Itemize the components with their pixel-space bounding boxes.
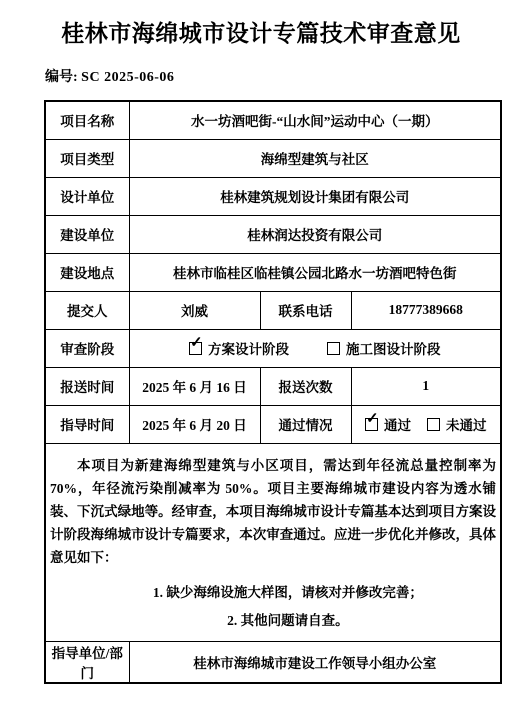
review-opinion-item: 1. 缺少海绵设施大样图，请核对并修改完善；: [80, 582, 496, 603]
field-label-submitter: 提交人: [45, 291, 129, 329]
doc-number-label: 编号:: [45, 70, 78, 85]
review-opinion-cell: 本项目为新建海绵型建筑与小区项目，需达到年径流总量控制率为 70%，年径流污染削…: [45, 443, 501, 641]
field-value-project-type: 海绵型建筑与社区: [129, 139, 501, 177]
construction-unit-row: 建设单位 桂林润达投资有限公司: [45, 215, 501, 253]
checkbox-checked-icon: ✓: [189, 342, 202, 355]
option-construction-drawing-label: 施工图设计阶段: [346, 342, 441, 357]
submitter-row: 提交人 刘威 联系电话 18777389668: [45, 291, 501, 329]
field-value-pass-status: ✓通过未通过: [351, 405, 501, 443]
project-name-row: 项目名称 水一坊酒吧街-“山水间”运动中心（一期）: [45, 101, 501, 139]
guidance-date-row: 指导时间 2025 年 6 月 20 日 通过情况 ✓通过未通过: [45, 405, 501, 443]
field-value-project-name: 水一坊酒吧街-“山水间”运动中心（一期）: [129, 101, 501, 139]
field-value-construction-site: 桂林市临桂区临桂镇公园北路水一坊酒吧特色街: [129, 253, 501, 291]
field-value-guidance-date: 2025 年 6 月 20 日: [129, 405, 260, 443]
doc-number-value: SC 2025-06-06: [81, 70, 174, 85]
field-value-submit-count: 1: [351, 367, 501, 405]
field-label-submit-count: 报送次数: [260, 367, 351, 405]
option-pass-label: 通过: [384, 418, 411, 433]
field-value-submit-date: 2025 年 6 月 16 日: [129, 367, 260, 405]
review-opinion-item: 2. 其他问题请自查。: [80, 610, 496, 631]
design-unit-row: 设计单位 桂林建筑规划设计集团有限公司: [45, 177, 501, 215]
field-value-contact-phone: 18777389668: [351, 291, 501, 329]
field-label-contact-phone: 联系电话: [260, 291, 351, 329]
field-value-guidance-unit: 桂林市海绵城市建设工作领导小组办公室: [129, 641, 501, 683]
guidance-unit-row: 指导单位/部门 桂林市海绵城市建设工作领导小组办公室: [45, 641, 501, 683]
field-label-pass-status: 通过情况: [260, 405, 351, 443]
submit-date-row: 报送时间 2025 年 6 月 16 日 报送次数 1: [45, 367, 501, 405]
field-label-construction-unit: 建设单位: [45, 215, 129, 253]
field-label-construction-site: 建设地点: [45, 253, 129, 291]
review-opinion-row: 本项目为新建海绵型建筑与小区项目，需达到年径流总量控制率为 70%，年径流污染削…: [45, 443, 501, 641]
field-label-submit-date: 报送时间: [45, 367, 129, 405]
review-stage-row: 审查阶段 ✓方案设计阶段施工图设计阶段: [45, 329, 501, 367]
field-value-submitter: 刘威: [129, 291, 260, 329]
field-value-review-stage: ✓方案设计阶段施工图设计阶段: [129, 329, 501, 367]
field-label-review-stage: 审查阶段: [45, 329, 129, 367]
page-title: 桂林市海绵城市设计专篇技术审查意见: [0, 19, 522, 49]
project-type-row: 项目类型 海绵型建筑与社区: [45, 139, 501, 177]
doc-number: 编号: SC 2025-06-06: [45, 66, 522, 86]
checkbox-unchecked-icon: [327, 342, 340, 355]
checkbox-unchecked-icon: [427, 418, 440, 431]
field-label-guidance-date: 指导时间: [45, 405, 129, 443]
field-value-design-unit: 桂林建筑规划设计集团有限公司: [129, 177, 501, 215]
field-value-construction-unit: 桂林润达投资有限公司: [129, 215, 501, 253]
field-label-design-unit: 设计单位: [45, 177, 129, 215]
review-opinion-paragraph: 本项目为新建海绵型建筑与小区项目，需达到年径流总量控制率为 70%，年径流污染削…: [50, 454, 496, 569]
review-form-table: 项目名称 水一坊酒吧街-“山水间”运动中心（一期） 项目类型 海绵型建筑与社区 …: [44, 100, 502, 684]
construction-site-row: 建设地点 桂林市临桂区临桂镇公园北路水一坊酒吧特色街: [45, 253, 501, 291]
field-label-project-name: 项目名称: [45, 101, 129, 139]
field-label-project-type: 项目类型: [45, 139, 129, 177]
option-scheme-design-label: 方案设计阶段: [208, 342, 289, 357]
checkbox-checked-icon: ✓: [365, 418, 378, 431]
option-fail-label: 未通过: [446, 418, 487, 433]
field-label-guidance-unit: 指导单位/部门: [45, 641, 129, 683]
document-page: 桂林市海绵城市设计专篇技术审查意见 编号: SC 2025-06-06 项目名称…: [0, 0, 522, 720]
